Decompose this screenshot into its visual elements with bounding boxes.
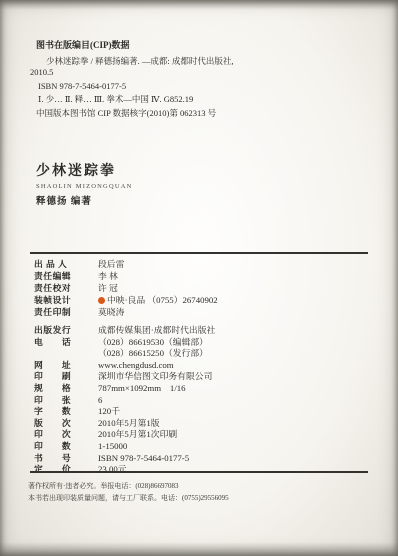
cip-record-number: 中国版本图书馆 CIP 数据核字(2010)第 062313 号	[36, 108, 372, 120]
colophon-row: 印 刷 深圳市华信图文印务有限公司	[34, 371, 374, 383]
colophon-row: 印 张 6	[34, 395, 374, 407]
field-value: 李 林	[98, 270, 374, 282]
field-label: 出 品 人	[34, 258, 98, 270]
book-colophon-page: 图书在版编目(CIP)数据 少林迷踪拳 / 释德扬编著. —成都: 成都时代出版…	[0, 0, 398, 556]
field-label: 规 格	[34, 383, 98, 395]
field-label: 责任印制	[34, 306, 98, 318]
copyright-notice: 著作权所有·违者必究。举报电话：(028)86697083	[28, 481, 229, 493]
design-studio-logo-icon	[98, 297, 105, 304]
field-label: 书 号	[34, 453, 98, 465]
divider-rule-bottom	[30, 471, 368, 473]
colophon-row: 出版发行 成都传媒集团·成都时代出版社	[34, 325, 374, 337]
colophon-row: 责任编辑 李 林	[34, 270, 374, 282]
field-value: 2010年5月第1次印刷	[98, 429, 374, 441]
colophon-row: 网 址 www.chengdusd.com	[34, 360, 374, 372]
colophon-row: 责任印制 莫晓涛	[34, 306, 374, 318]
field-label: 字 数	[34, 406, 98, 418]
field-label: 印 刷	[34, 371, 98, 383]
colophon-row: 定 价 23.00元	[34, 464, 374, 476]
field-value: 2010年5月第1版	[98, 418, 374, 430]
field-label	[34, 348, 98, 360]
cip-year-line: 2010.5	[30, 67, 372, 79]
field-label: 印 次	[34, 429, 98, 441]
field-label: 电 话	[34, 337, 98, 349]
quality-notice: 本书若出现印装质量问题，请与工厂联系。电话：(0755)29556095	[28, 493, 229, 505]
colophon-row: 印 数 1-15000	[34, 441, 374, 453]
field-value: 成都传媒集团·成都时代出版社	[98, 325, 374, 337]
colophon-row: 规 格 787mm×1092mm 1/16	[34, 383, 374, 395]
design-studio-text: 中映·良品 （0755）26740902	[107, 295, 218, 305]
field-label: 印 张	[34, 395, 98, 407]
field-value: 787mm×1092mm 1/16	[98, 383, 374, 395]
field-label: 出版发行	[34, 325, 98, 337]
divider-rule-top	[30, 252, 368, 254]
field-value: ISBN 978-7-5464-0177-5	[98, 453, 374, 465]
colophon-row: 装帧设计 中映·良品 （0755）26740902	[34, 294, 374, 306]
cip-title-line: 少林迷踪拳 / 释德扬编著. —成都: 成都时代出版社,	[46, 56, 372, 68]
book-author: 释德扬 编著	[36, 193, 133, 207]
colophon-row: （028）86615250（发行部）	[34, 348, 374, 360]
scan-artifact-bottom	[0, 542, 398, 556]
field-value: 段后雷	[98, 258, 374, 270]
book-title-pinyin: SHAOLIN MIZONGQUAN	[36, 183, 133, 190]
scan-artifact-top	[0, 0, 398, 10]
field-value: （028）86619530（编辑部）	[98, 337, 374, 349]
colophon-row: 印 次 2010年5月第1次印刷	[34, 429, 374, 441]
colophon-row: 责任校对 许 冠	[34, 282, 374, 294]
credits-block: 出 品 人 段后雷 责任编辑 李 林 责任校对 许 冠 装帧设计 中映·良品 （…	[34, 258, 374, 318]
field-value: 中映·良品 （0755）26740902	[98, 294, 374, 306]
field-label: 印 数	[34, 441, 98, 453]
colophon-row: 版 次 2010年5月第1版	[34, 418, 374, 430]
colophon-row: 字 数 120千	[34, 406, 374, 418]
colophon-row: 电 话 （028）86619530（编辑部）	[34, 337, 374, 349]
cip-classification: Ⅰ. 少… Ⅱ. 释… Ⅲ. 拳术—中国 Ⅳ. G852.19	[38, 94, 372, 106]
field-value: 许 冠	[98, 282, 374, 294]
colophon-row: 出 品 人 段后雷	[34, 258, 374, 270]
field-value: www.chengdusd.com	[98, 360, 374, 372]
field-label: 装帧设计	[34, 294, 98, 306]
cip-heading: 图书在版编目(CIP)数据	[36, 40, 372, 52]
field-value: （028）86615250（发行部）	[98, 348, 374, 360]
publishing-block: 出版发行 成都传媒集团·成都时代出版社 电 话 （028）86619530（编辑…	[34, 325, 374, 476]
cip-isbn: ISBN 978-7-5464-0177-5	[38, 81, 372, 93]
book-title: 少林迷踪拳	[36, 160, 133, 180]
cip-block: 图书在版编目(CIP)数据 少林迷踪拳 / 释德扬编著. —成都: 成都时代出版…	[30, 40, 372, 120]
field-label: 责任校对	[34, 282, 98, 294]
field-value: 莫晓涛	[98, 306, 374, 318]
colophon-row: 书 号 ISBN 978-7-5464-0177-5	[34, 453, 374, 465]
field-label: 网 址	[34, 360, 98, 372]
field-value: 120千	[98, 406, 374, 418]
field-value: 深圳市华信图文印务有限公司	[98, 371, 374, 383]
field-value: 1-15000	[98, 441, 374, 453]
field-label: 定 价	[34, 464, 98, 476]
field-label: 责任编辑	[34, 270, 98, 282]
footer-notes: 著作权所有·违者必究。举报电话：(028)86697083 本书若出现印装质量问…	[28, 481, 229, 504]
field-label: 版 次	[34, 418, 98, 430]
field-value: 6	[98, 395, 374, 407]
field-value: 23.00元	[98, 464, 374, 476]
title-block: 少林迷踪拳 SHAOLIN MIZONGQUAN 释德扬 编著	[36, 160, 133, 207]
